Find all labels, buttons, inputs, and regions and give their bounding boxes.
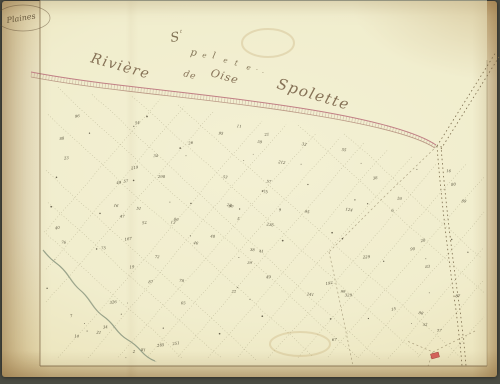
svg-text:329: 329: [345, 292, 353, 297]
svg-text:55: 55: [342, 147, 348, 152]
svg-text:76: 76: [61, 240, 67, 245]
svg-text:298: 298: [157, 174, 166, 179]
svg-text:52: 52: [423, 322, 429, 327]
svg-text:47: 47: [119, 214, 126, 219]
svg-text:229: 229: [362, 254, 371, 259]
svg-text:67: 67: [332, 337, 338, 342]
svg-text:·: ·: [262, 70, 264, 77]
svg-text:69: 69: [461, 198, 467, 203]
svg-text:90: 90: [229, 204, 234, 209]
svg-text:51: 51: [136, 206, 141, 211]
svg-text:21: 21: [95, 330, 101, 335]
svg-text:11: 11: [237, 123, 242, 128]
svg-text:57: 57: [437, 327, 442, 332]
svg-text:21: 21: [263, 131, 269, 137]
svg-text:16: 16: [446, 168, 452, 173]
svg-text:34: 34: [153, 153, 159, 158]
svg-text:72: 72: [155, 254, 161, 259]
svg-text:326: 326: [109, 299, 117, 305]
svg-text:75: 75: [101, 245, 107, 250]
svg-text:241: 241: [306, 291, 315, 297]
svg-text:48: 48: [209, 234, 216, 239]
svg-text:49: 49: [265, 274, 272, 279]
svg-text:57: 57: [266, 179, 272, 184]
svg-text:87: 87: [148, 279, 154, 284]
svg-text:41: 41: [258, 248, 264, 253]
svg-text:95: 95: [218, 131, 224, 136]
svg-text:83: 83: [425, 264, 431, 269]
map-canvas: 5467532411652528834579950219953291671359…: [0, 0, 500, 384]
photo-surround: 5467532411652528834579950219953291671359…: [0, 0, 500, 384]
svg-text:10: 10: [74, 333, 79, 338]
corner-stamp-label: Plaines: [5, 12, 36, 26]
svg-text:39: 39: [247, 260, 252, 265]
svg-text:22: 22: [230, 288, 236, 293]
svg-text:81: 81: [141, 347, 147, 353]
svg-text:65: 65: [181, 300, 187, 305]
svg-text:·: ·: [256, 67, 258, 74]
